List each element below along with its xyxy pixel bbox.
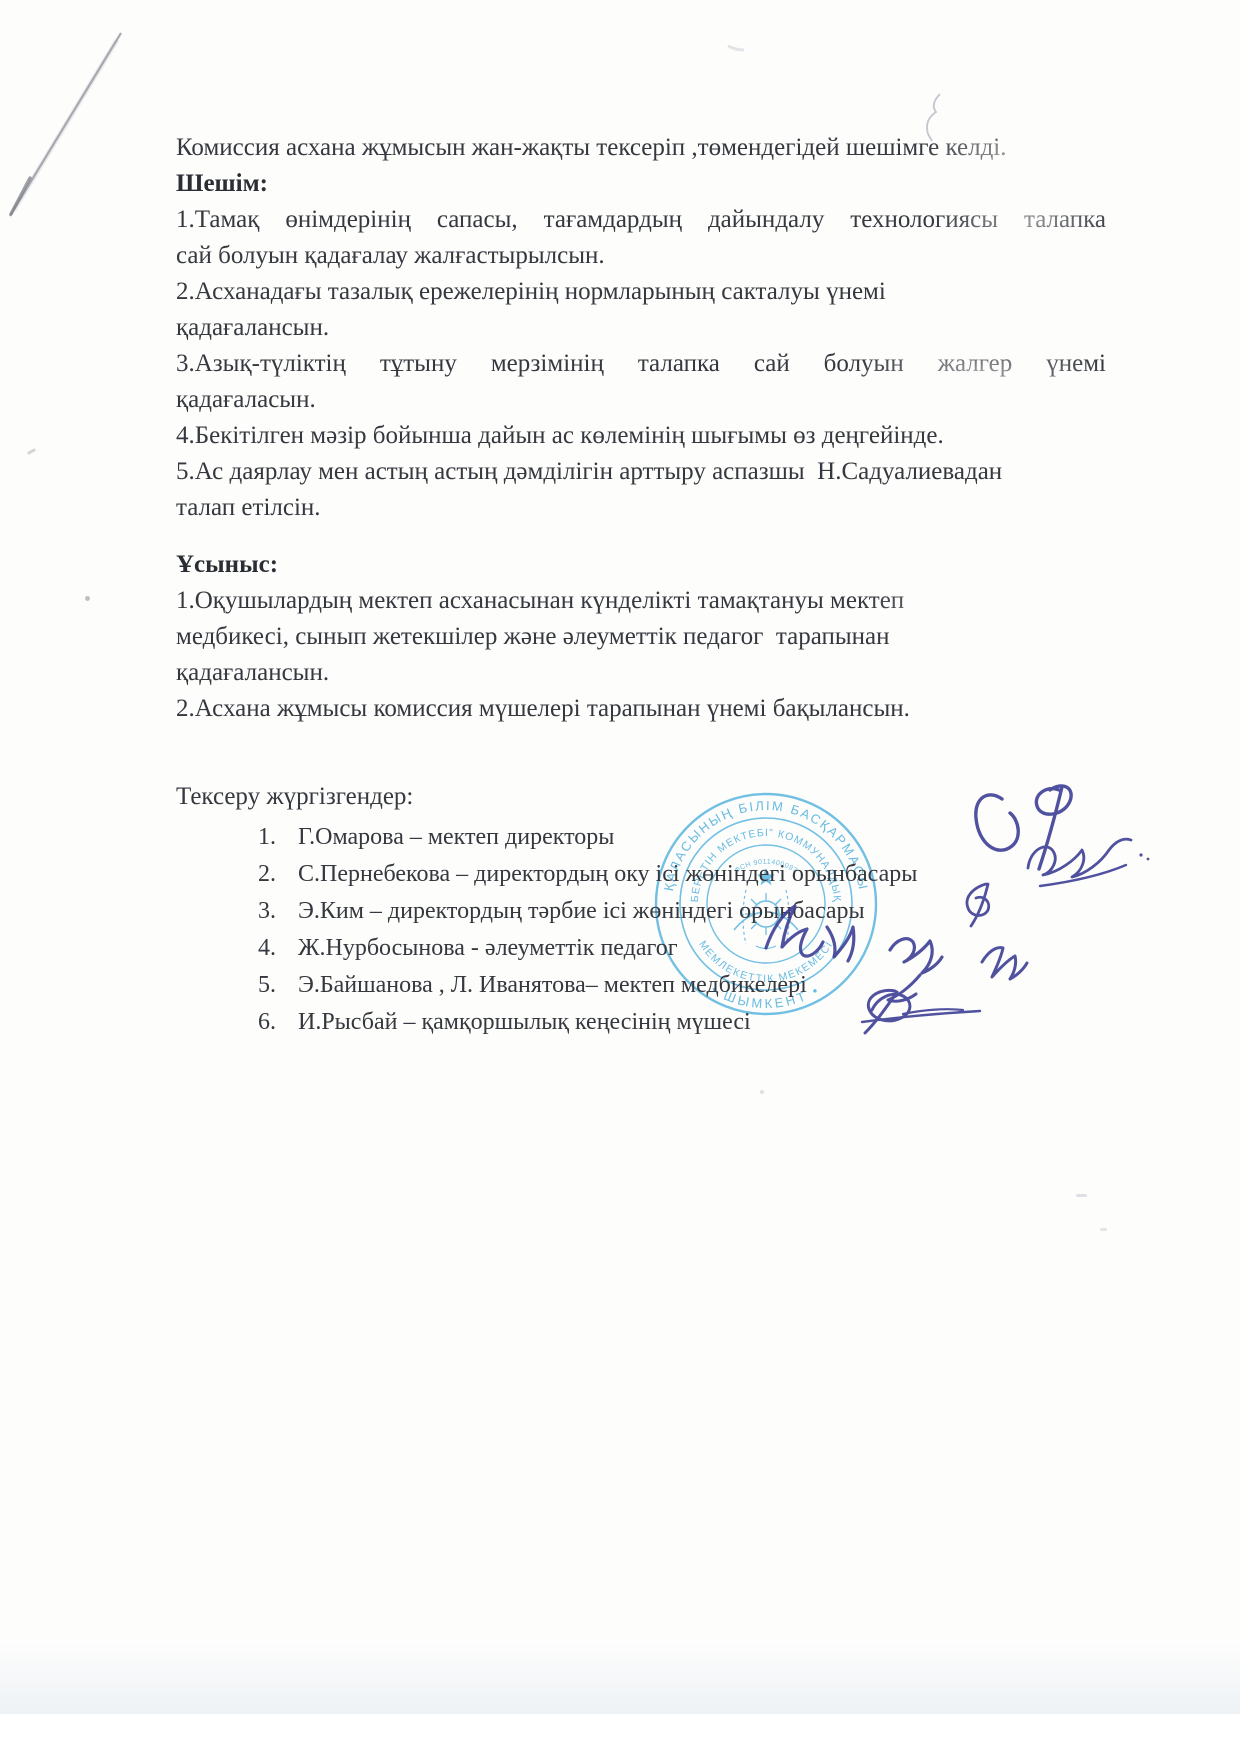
- signature-ink-dot: [1139, 853, 1142, 856]
- checkers-heading: Тексеру жүргізгендер:: [176, 779, 1106, 815]
- fold-crease-tip: [11, 178, 30, 214]
- scanned-document-page: ҚАЛАСЫНЫҢ БІЛІМ БАСҚАРМАСЫ • ШЫМКЕНТ • Б…: [0, 0, 1240, 1755]
- checker-text: Г.Омарова – мектеп директоры: [298, 819, 614, 856]
- checker-item: 5. Э.Байшанова , Л. Иванятова– мектеп ме…: [176, 967, 1106, 1004]
- decision-line: 2.Асханадағы тазалық ережелерінің нормла…: [176, 274, 1106, 310]
- proposal-line: медбикесі, сынып жетекшілер және әлеумет…: [176, 619, 1106, 655]
- scan-speck: [760, 1090, 764, 1094]
- scan-bottom-edge: [0, 1642, 1240, 1714]
- document-body: Комиссия асхана жұмысын жан-жақты тексер…: [176, 130, 1106, 1041]
- proposal-line: 1.Оқушылардың мектеп асханасынан күнделі…: [176, 583, 1106, 619]
- checker-number: 3.: [258, 893, 298, 930]
- decision-line: 3.Азық-түліктің тұтыну мерзімінің талапк…: [176, 346, 1106, 382]
- scan-speck: [27, 448, 36, 455]
- proposal-line: 2.Асхана жұмысы комиссия мүшелері тарапы…: [176, 691, 1106, 727]
- decision-heading: Шешім:: [176, 166, 1106, 202]
- decision-line: 4.Бекітілген мәзір бойынша дайын ас көле…: [176, 418, 1106, 454]
- checker-text: И.Рысбай – қамқоршылық кеңесінің мүшесі: [298, 1004, 751, 1041]
- fold-crease-mark: [10, 33, 121, 216]
- checker-item: 4. Ж.Нурбосынова - әлеуметтік педагог: [176, 930, 1106, 967]
- scan-speck: [1076, 1194, 1087, 1197]
- checker-number: 5.: [258, 967, 298, 1004]
- faint-smudge: [728, 46, 744, 50]
- decision-line: 1.Тамақ өнімдерінің сапасы, тағамдардың …: [176, 202, 1106, 238]
- decision-line: сай болуын қадағалау жалғастырылсын.: [176, 238, 1106, 274]
- checker-item: 2. С.Пернебекова – директордың оку ісі ж…: [176, 856, 1106, 893]
- decision-line: 5.Ас даярлау мен астың астың дәмділігін …: [176, 454, 1106, 490]
- scan-speck: [85, 596, 90, 601]
- checker-text: Э.Ким – директордың тәрбие ісі жөніндегі…: [298, 893, 865, 930]
- checker-number: 6.: [258, 1004, 298, 1041]
- scan-bottom-margin: [0, 1714, 1240, 1755]
- proposal-line: қадағалансын.: [176, 655, 1106, 691]
- checker-text: С.Пернебекова – директордың оку ісі жөні…: [298, 856, 917, 893]
- decision-line: қадағалансын.: [176, 310, 1106, 346]
- proposal-heading: Ұсыныс:: [176, 547, 1106, 583]
- checker-number: 1.: [258, 819, 298, 856]
- signature-ink-dot: [1147, 858, 1150, 861]
- checker-item: 3. Э.Ким – директордың тәрбие ісі жөнінд…: [176, 893, 1106, 930]
- checker-number: 2.: [258, 856, 298, 893]
- decision-line: талап етілсін.: [176, 490, 1106, 526]
- checkers-list: 1. Г.Омарова – мектеп директоры 2. С.Пер…: [176, 819, 1106, 1041]
- checker-text: Э.Байшанова , Л. Иванятова– мектеп медби…: [298, 967, 807, 1004]
- checker-number: 4.: [258, 930, 298, 967]
- intro-paragraph: Комиссия асхана жұмысын жан-жақты тексер…: [176, 130, 1106, 166]
- checker-item: 6. И.Рысбай – қамқоршылық кеңесінің мүше…: [176, 1004, 1106, 1041]
- decision-line: қадағаласын.: [176, 382, 1106, 418]
- checker-item: 1. Г.Омарова – мектеп директоры: [176, 819, 1106, 856]
- fold-crease-shadow: [14, 40, 117, 210]
- scan-speck: [1100, 1228, 1107, 1231]
- checker-text: Ж.Нурбосынова - әлеуметтік педагог: [298, 930, 678, 967]
